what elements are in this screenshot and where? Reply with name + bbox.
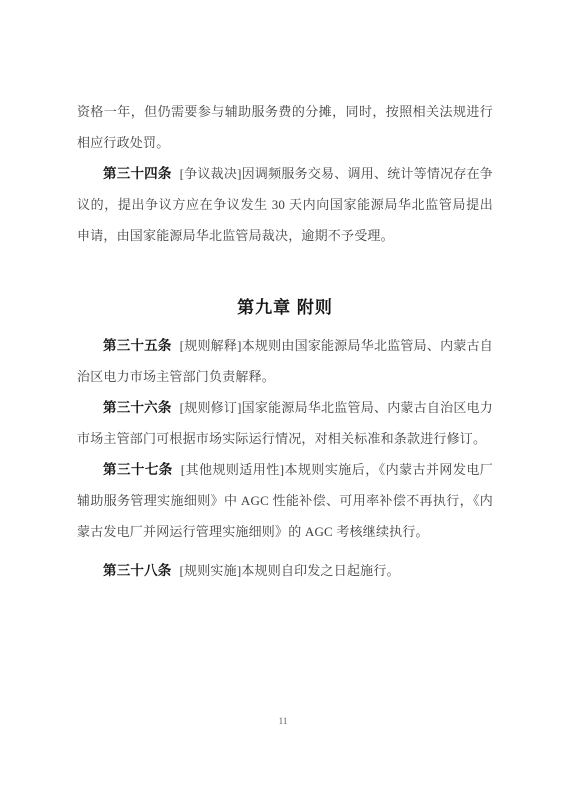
paragraph-article-36: 第三十六条[规则修订]国家能源局华北监管局、内蒙古自治区电力市场主管部门可根据市…: [77, 392, 493, 454]
page-content: 资格一年，但仍需要参与辅助服务费的分摊，同时，按照相关法规进行相应行政处罚。 第…: [77, 96, 493, 586]
article-34-number: 第三十四条: [103, 166, 172, 181]
paragraph-article-35: 第三十五条[规则解释]本规则由国家能源局华北监管局、内蒙古自治区电力市场主管部门…: [77, 330, 493, 392]
paragraph-article-34: 第三十四条[争议裁决]因调频服务交易、调用、统计等情况存在争议的，提出争议方应在…: [77, 158, 493, 251]
page-number: 11: [0, 714, 566, 728]
article-37-number: 第三十七条: [103, 462, 173, 477]
paragraph-continuation: 资格一年，但仍需要参与辅助服务费的分摊，同时，按照相关法规进行相应行政处罚。: [77, 96, 493, 158]
paragraph-article-37: 第三十七条[其他规则适用性]本规则实施后，《内蒙古并网发电厂辅助服务管理实施细则…: [77, 454, 493, 547]
article-36-number: 第三十六条: [103, 400, 172, 415]
paragraph-article-38: 第三十八条[规则实施]本规则自印发之日起施行。: [77, 555, 493, 586]
article-38-number: 第三十八条: [103, 563, 172, 578]
article-38-text: [规则实施]本规则自印发之日起施行。: [180, 563, 400, 578]
document-page: 资格一年，但仍需要参与辅助服务费的分摊，同时，按照相关法规进行相应行政处罚。 第…: [0, 0, 566, 800]
article-35-number: 第三十五条: [103, 338, 172, 353]
chapter-heading: 第九章 附则: [77, 288, 493, 328]
